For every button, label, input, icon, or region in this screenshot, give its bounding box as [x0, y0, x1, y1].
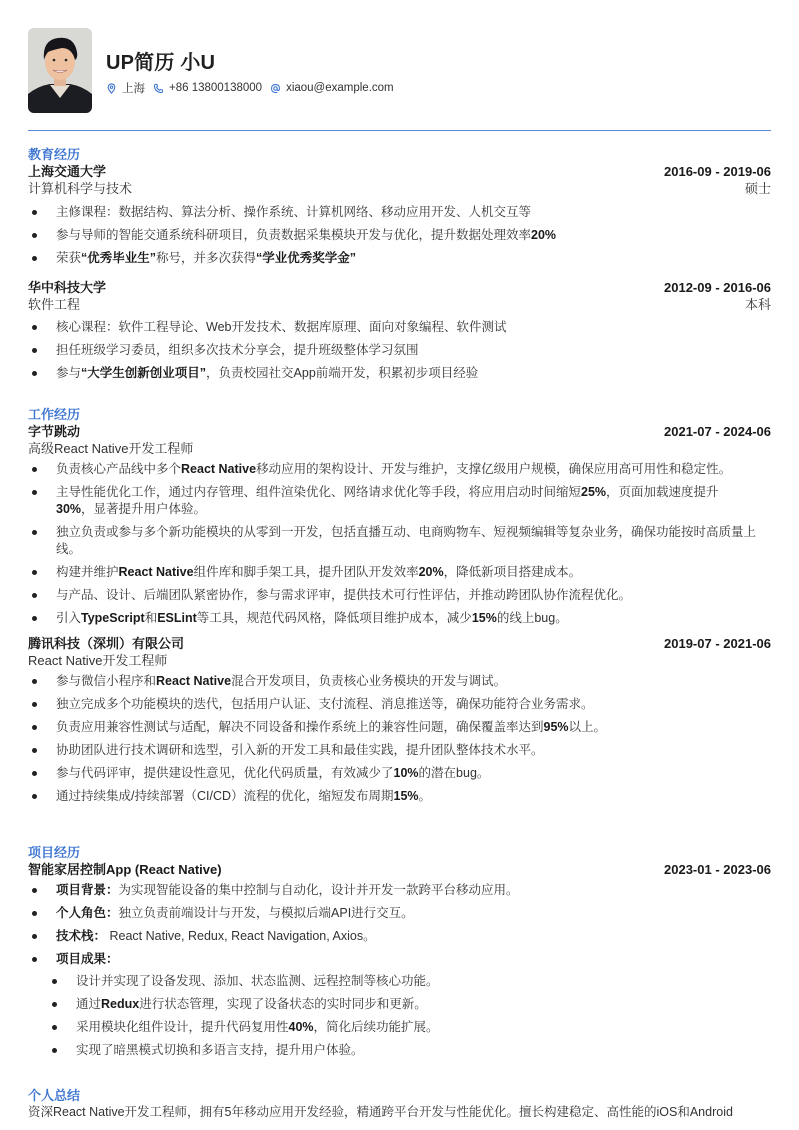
- major: 软件工程: [28, 296, 80, 313]
- list-item: 参与微信小程序和React Native混合开发项目，负责核心业务模块的开发与调…: [28, 673, 771, 690]
- projects-section: 项目经历 智能家居控制App (React Native) 2023-01 - …: [28, 844, 771, 1065]
- header-divider: [28, 130, 771, 131]
- list-item: 引入TypeScript和ESLint等工具，规范代码风格，降低项目维护成本，减…: [28, 610, 771, 627]
- list-item: 与产品、设计、后端团队紧密协作，参与需求评审，提供技术可行性评估，并推动跨团队协…: [28, 587, 771, 604]
- list-item: 参与导师的智能交通系统科研项目，负责数据采集模块开发与优化，提升数据处理效率20…: [28, 227, 771, 244]
- project-entry: 智能家居控制App (React Native) 2023-01 - 2023-…: [28, 861, 771, 1059]
- candidate-name: UP简历 小U: [106, 46, 215, 75]
- contact-location: 上海: [106, 80, 145, 96]
- education-entry: 华中科技大学 2012-09 - 2016-06 软件工程 本科 核心课程：软件…: [28, 279, 771, 382]
- list-item: 个人角色：独立负责前端设计与开发，与模拟后端API进行交互。: [28, 905, 771, 922]
- school-name: 华中科技大学: [28, 279, 106, 296]
- list-item: 主修课程：数据结构、算法分析、操作系统、计算机网络、移动应用开发、人机交互等: [28, 204, 771, 221]
- degree: 本科: [745, 296, 771, 313]
- list-item: 主导性能优化工作，通过内存管理、组件渲染优化、网络请求优化等手段，将应用启动时间…: [28, 484, 771, 518]
- section-title-projects: 项目经历: [28, 844, 771, 861]
- list-item: 项目成果：: [28, 951, 771, 968]
- at-sign-icon: [270, 83, 281, 94]
- list-item: 技术栈： React Native, Redux, React Navigati…: [28, 928, 771, 945]
- major: 计算机科学与技术: [28, 180, 132, 197]
- education-section: 教育经历 上海交通大学 2016-09 - 2019-06 计算机科学与技术 硕…: [28, 146, 771, 388]
- list-item: 采用模块化组件设计，提升代码复用性40%，简化后续功能扩展。: [28, 1019, 771, 1036]
- email-text: xiaou@example.com: [286, 82, 394, 94]
- list-item: 设计并实现了设备发现、添加、状态监测、远程控制等核心功能。: [28, 973, 771, 990]
- date-range: 2016-09 - 2019-06: [664, 163, 771, 180]
- contact-bar: 上海 +86 13800138000 xiaou@example.com: [106, 80, 402, 96]
- job-title: 高级React Native开发工程师: [28, 440, 193, 457]
- company-name: 腾讯科技（深圳）有限公司: [28, 635, 184, 652]
- summary-text: 资深React Native开发工程师，拥有5年移动应用开发经验，精通跨平台开发…: [28, 1104, 771, 1121]
- avatar: [28, 28, 92, 113]
- work-entry: 字节跳动 2021-07 - 2024-06 高级React Native开发工…: [28, 423, 771, 627]
- education-entry: 上海交通大学 2016-09 - 2019-06 计算机科学与技术 硕士 主修课…: [28, 163, 771, 267]
- work-section: 工作经历 字节跳动 2021-07 - 2024-06 高级React Nati…: [28, 406, 771, 811]
- list-item: 实现了暗黑模式切换和多语言支持，提升用户体验。: [28, 1042, 771, 1059]
- section-title-summary: 个人总结: [28, 1087, 771, 1104]
- date-range: 2023-01 - 2023-06: [664, 861, 771, 878]
- list-item: 独立完成多个功能模块的迭代，包括用户认证、支付流程、消息推送等，确保功能符合业务…: [28, 696, 771, 713]
- phone-text: +86 13800138000: [169, 82, 262, 94]
- contact-email[interactable]: xiaou@example.com: [270, 82, 394, 94]
- list-item: 荣获“优秀毕业生”称号，并多次获得“学业优秀奖学金”: [28, 250, 771, 267]
- degree: 硕士: [745, 180, 771, 197]
- phone-icon: [153, 83, 164, 94]
- list-item: 负责核心产品线中多个React Native移动应用的架构设计、开发与维护，支撑…: [28, 461, 771, 478]
- contact-phone[interactable]: +86 13800138000: [153, 82, 262, 94]
- project-name: 智能家居控制App (React Native): [28, 861, 222, 878]
- list-item: 通过持续集成/持续部署（CI/CD）流程的优化，缩短发布周期15%。: [28, 788, 771, 805]
- section-title-work: 工作经历: [28, 406, 771, 423]
- work-entry: 腾讯科技（深圳）有限公司 2019-07 - 2021-06 React Nat…: [28, 635, 771, 805]
- company-name: 字节跳动: [28, 423, 80, 440]
- list-item: 担任班级学习委员，组织多次技术分享会，提升班级整体学习氛围: [28, 342, 771, 359]
- date-range: 2021-07 - 2024-06: [664, 423, 771, 440]
- list-item: 独立负责或参与多个新功能模块的从零到一开发，包括直播互动、电商购物车、短视频编辑…: [28, 524, 771, 558]
- school-name: 上海交通大学: [28, 163, 106, 180]
- summary-section: 个人总结 资深React Native开发工程师，拥有5年移动应用开发经验，精通…: [28, 1087, 771, 1121]
- list-item: 通过Redux进行状态管理，实现了设备状态的实时同步和更新。: [28, 996, 771, 1013]
- list-item: 参与代码评审，提供建设性意见，优化代码质量，有效减少了10%的潜在bug。: [28, 765, 771, 782]
- job-title: React Native开发工程师: [28, 652, 167, 669]
- list-item: 构建并维护React Native组件库和脚手架工具，提升团队开发效率20%，降…: [28, 564, 771, 581]
- date-range: 2012-09 - 2016-06: [664, 279, 771, 296]
- avatar-photo-icon: [28, 28, 92, 113]
- date-range: 2019-07 - 2021-06: [664, 635, 771, 652]
- location-text: 上海: [122, 80, 145, 96]
- section-title-education: 教育经历: [28, 146, 771, 163]
- list-item: 负责应用兼容性测试与适配，解决不同设备和操作系统上的兼容性问题，确保覆盖率达到9…: [28, 719, 771, 736]
- list-item: 核心课程：软件工程导论、Web开发技术、数据库原理、面向对象编程、软件测试: [28, 319, 771, 336]
- map-pin-icon: [106, 83, 117, 94]
- list-item: 项目背景：为实现智能设备的集中控制与自动化，设计并开发一款跨平台移动应用。: [28, 882, 771, 899]
- resume-header: UP简历 小U 上海 +86 13800138000 xiaou@example…: [28, 28, 771, 114]
- list-item: 参与“大学生创新创业项目”，负责校园社交App前端开发，积累初步项目经验: [28, 365, 771, 382]
- list-item: 协助团队进行技术调研和选型，引入新的开发工具和最佳实践，提升团队整体技术水平。: [28, 742, 771, 759]
